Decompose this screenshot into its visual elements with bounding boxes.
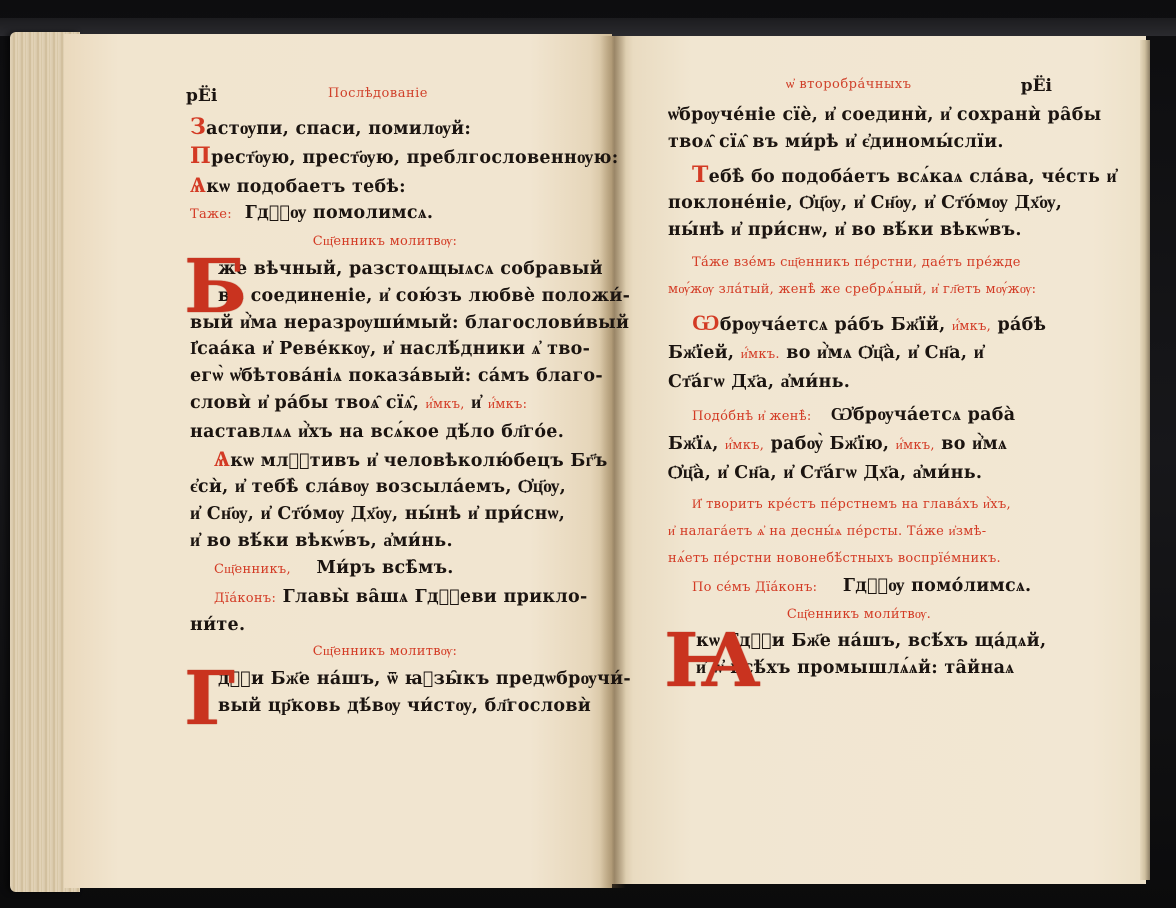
prayer-title: Сщ҃енникъ молитвѹ: xyxy=(190,639,580,666)
verse-line: Застѹпи, спаси, помилѹй: xyxy=(190,114,580,143)
left-folio: рЁі xyxy=(186,86,217,106)
right-running-head: ѡ҆ второбра́чныхъ рЁі xyxy=(668,72,1050,102)
drop-cap: Г xyxy=(184,662,235,736)
verse-line: Прест҃ѹю, прест҃ѹю, преблгословеннѹю: xyxy=(190,143,580,172)
rubric-line: Таже: Гдⷭ҇ѹ помолимсѧ. xyxy=(190,200,580,229)
drop-cap: Ꙗ xyxy=(664,624,759,698)
rubric-line: И҆ творитъ кре́стъ пе́рстнемъ на глава́х… xyxy=(668,492,1050,519)
rubric-line: мѹ́жѹ зла́тый, женѣ̀ же сребрѧ́ный, и҆ г… xyxy=(668,277,1050,304)
deacon-line: По се́мъ Дїа́конъ: Гдⷭ҇ѹ помо́лимсѧ. xyxy=(668,573,1050,602)
betrothal-man: Ѡбрѹча́етсѧ ра́бъ Бж҃їй, и҆́мкъ, ра́бѣ xyxy=(668,310,1050,341)
left-head-title: Послѣдованіе xyxy=(328,86,428,101)
doxology: Ѧкѡ млⷭ҇тивъ и҆ человѣколю́бецъ Бг҃ъ є҆с… xyxy=(190,446,580,555)
betrothal-woman: Подо́бнѣ и҆ женѣ̀: Ѡ҆брѹча́етсѧ раба̀ xyxy=(668,402,1050,431)
right-head-title: ѡ҆ второбра́чныхъ xyxy=(786,76,911,92)
deacon-line: Дїа́конъ: Главы̀ ва̑шѧ Гдⷭ҇еви прикло- xyxy=(190,584,580,613)
prayer-1: Б же вѣчный, разстоѧщыѧсѧ собравый въ со… xyxy=(190,256,580,446)
priest-line: Сщ҃енникъ, Ми́ръ всѣ̑мъ. xyxy=(190,555,580,584)
left-page-text: рЁі Послѣдованіе Застѹпи, спаси, помилѹй… xyxy=(190,78,580,720)
rubric-line: нѧ́етъ пе́рстни новонебѣ́стныхъ воспрїе́… xyxy=(668,546,1050,573)
right-page-text: ѡ҆ второбра́чныхъ рЁі ѡ҆брѹче́ніе сїѐ, и… xyxy=(668,72,1050,682)
prayer-3: Ꙗ кѡ Гдⷭ҇и Бж҃е на́шъ, всѣ́хъ ща́дѧй, и҆… xyxy=(668,628,1050,682)
prayer-title: Сщ҃енникъ молитвѹ: xyxy=(190,229,580,256)
rubric-line: и҆ налага́етъ ѧ҆ на десны́ѧ пе́рсты. Та́… xyxy=(668,519,1050,546)
rubric-line: Та́же взе́мъ сщ҃енникъ пе́рстни, дае́тъ … xyxy=(668,250,1050,277)
drop-cap: Б xyxy=(184,250,247,324)
right-page-edge xyxy=(1140,40,1150,880)
left-running-head: рЁі Послѣдованіе xyxy=(190,78,580,108)
right-folio: рЁі xyxy=(1021,76,1052,96)
doxology: Тебѣ̀ бо подоба́етъ всѧ́каѧ сла́ва, че́с… xyxy=(668,162,1050,191)
verse-line: Ѧкѡ подобаетъ тебѣ: xyxy=(190,172,580,201)
prayer-2: Г дⷭ҇и Бж҃е на́шъ, ѿ ꙗ҆зы̑къ предѡбрѹчи́… xyxy=(190,666,580,720)
